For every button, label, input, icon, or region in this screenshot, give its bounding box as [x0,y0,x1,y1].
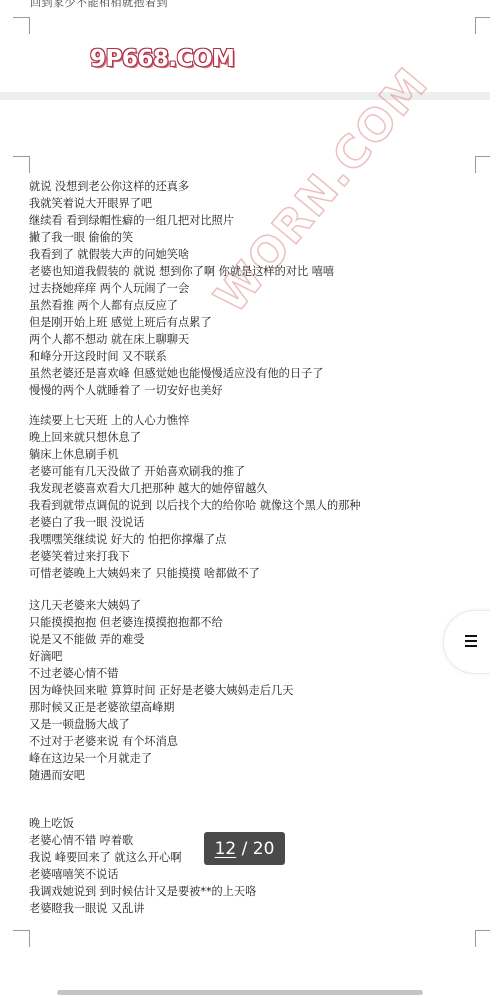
horizontal-scrollbar[interactable] [57,990,423,995]
text-line: 老婆笑着过来打我下 [29,548,361,565]
page-corner-mark [475,17,490,34]
page-corner-mark [13,930,30,947]
text-line: 老婆嘻嘻笑不说话 [29,866,256,883]
text-line: 又是一顿盘肠大战了 [29,716,293,733]
hamburger-menu-icon [465,635,477,650]
page-corner-mark [13,156,30,173]
text-line: 虽然老婆还是喜欢峰 但感觉她也能慢慢适应没有他的日子了 [29,365,334,382]
text-line: 继续看 看到绿帽性癖的一组几把对比照片 [29,212,334,229]
paragraph-4: 晚上吃饭 老婆心情不错 哼着歌 我说 峰要回来了 就这么开心啊 老婆嘻嘻笑不说话… [29,815,256,917]
text-line: 两个人都不想动 就在床上聊聊天 [29,331,334,348]
text-line: 只能摸摸抱抱 但老婆连摸摸抱抱都不给 [29,614,293,631]
text-line: 随遇而安吧 [29,767,293,784]
text-line: 虽然看推 两个人都有点反应了 [29,297,334,314]
text-line: 老婆瞪我一眼说 又乱讲 [29,900,256,917]
text-line: 不过老婆心情不错 [29,665,293,682]
text-line: 撇了我一眼 偷偷的笑 [29,229,334,246]
paragraph-3: 这几天老婆来大姨妈了 只能摸摸抱抱 但老婆连摸摸抱抱都不给 说是又不能做 弄的难… [29,597,293,784]
text-line: 可惜老婆晚上大姨妈来了 只能摸摸 啥都做不了 [29,565,361,582]
total-pages: 20 [253,839,275,859]
text-line: 好滴吧 [29,648,293,665]
page-corner-mark [13,17,30,34]
paragraph-1: 就说 没想到老公你这样的还真多 我就笑着说大开眼界了吧 继续看 看到绿帽性癖的一… [29,178,334,399]
text-line: 连续要上七天班 上的人心力憔悴 [29,412,361,429]
text-line: 老婆也知道我假装的 就说 想到你了啊 你就是这样的对比 嘻嘻 [29,263,334,280]
text-line: 说是又不能做 弄的难受 [29,631,293,648]
page-corner-mark [475,930,490,947]
text-line: 这几天老婆来大姨妈了 [29,597,293,614]
text-line: 晚上回来就只想休息了 [29,429,361,446]
page-separator-slash: / [236,839,253,859]
site-logo: 9P668.COM [90,46,234,72]
previous-page-tail-text: 回到家少不能相相就抱着到 [30,0,168,10]
text-line: 和峰分开这段时间 又不联系 [29,348,334,365]
text-line: 慢慢的两个人就睡着了 一切安好也美好 [29,382,334,399]
text-line: 晚上吃饭 [29,815,256,832]
text-line: 因为峰快回来啦 算算时间 正好是老婆大姨妈走后几天 [29,682,293,699]
text-line: 就说 没想到老公你这样的还真多 [29,178,334,195]
text-line: 我调戏她说到 到时候估计又是要被**的上天咯 [29,883,256,900]
text-line: 老婆可能有几天没做了 开始喜欢刷我的推了 [29,463,361,480]
text-line: 不过对于老婆来说 有个坏消息 [29,733,293,750]
text-line: 老婆白了我一眼 没说话 [29,514,361,531]
text-line: 我看到了 就假装大声的问她笑啥 [29,246,334,263]
page-indicator[interactable]: 12 / 20 [204,832,285,865]
text-line: 但是刚开始上班 感觉上班后有点累了 [29,314,334,331]
text-line: 我嘿嘿笑继续说 好大的 怕把你撑爆了点 [29,531,361,548]
text-line: 峰在这边呆一个月就走了 [29,750,293,767]
page-corner-mark [475,156,490,173]
text-line: 过去挠她痒痒 两个人玩闹了一会 [29,280,334,297]
text-line: 躺床上休息刷手机 [29,446,361,463]
current-page-number[interactable]: 12 [215,839,237,859]
text-line: 我发现老婆喜欢看大几把那种 越大的她停留越久 [29,480,361,497]
text-line: 我看到就带点调侃的说到 以后找个大的给你哈 就像这个黑人的那种 [29,497,361,514]
text-line: 那时候又正是老婆欲望高峰期 [29,699,293,716]
text-line: 我就笑着说大开眼界了吧 [29,195,334,212]
paragraph-2: 连续要上七天班 上的人心力憔悴 晚上回来就只想休息了 躺床上休息刷手机 老婆可能… [29,412,361,582]
